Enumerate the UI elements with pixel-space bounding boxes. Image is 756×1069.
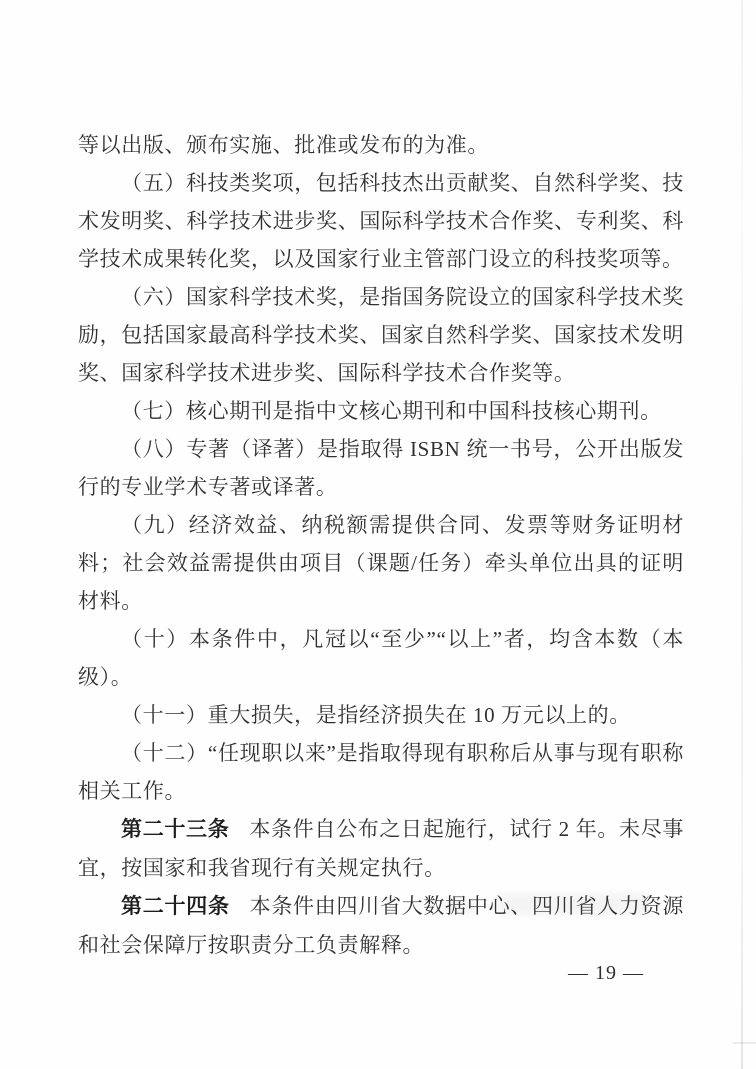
paragraph-item-6: （六）国家科学技术奖，是指国务院设立的国家科学技术奖励，包括国家最高科学技术奖、…: [78, 278, 684, 392]
paragraph-article-24: 第二十四条本条件由四川省大数据中心、四川省人力资源和社会保障厅按职责分工负责解释…: [78, 887, 684, 964]
paragraph-item-7: （七）核心期刊是指中文核心期刊和中国科技核心期刊。: [78, 392, 684, 430]
paragraph-continuation: 等以出版、颁布实施、批准或发布的为准。: [78, 126, 684, 164]
article-24-number: 第二十四条: [121, 895, 230, 918]
paragraph-article-23: 第二十三条本条件自公布之日起施行，试行 2 年。未尽事宜，按国家和我省现行有关规…: [78, 810, 684, 887]
paragraph-item-10: （十）本条件中，凡冠以“至少”“以上”者，均含本数（本级）。: [78, 620, 684, 696]
paragraph-item-11: （十一）重大损失，是指经济损失在 10 万元以上的。: [78, 696, 684, 734]
paragraph-item-9: （九）经济效益、纳税额需提供合同、发票等财务证明材料；社会效益需提供由项目（课题…: [78, 506, 684, 620]
paragraph-item-12: （十二）“任现职以来”是指取得现有职称后从事与现有职称相关工作。: [78, 734, 684, 810]
paragraph-item-5: （五）科技类奖项，包括科技杰出贡献奖、自然科学奖、技术发明奖、科学技术进步奖、国…: [78, 164, 684, 278]
paragraph-item-8: （八）专著（译著）是指取得 ISBN 统一书号，公开出版发行的专业学术专著或译著…: [78, 430, 684, 506]
article-23-number: 第二十三条: [121, 818, 229, 841]
scan-edge-mark: [733, 1042, 756, 1044]
scan-edge-line: [741, 0, 743, 1069]
page-number: — 19 —: [530, 962, 682, 985]
document-page: 等以出版、颁布实施、批准或发布的为准。 （五）科技类奖项，包括科技杰出贡献奖、自…: [0, 0, 756, 1069]
document-body: 等以出版、颁布实施、批准或发布的为准。 （五）科技类奖项，包括科技杰出贡献奖、自…: [78, 126, 684, 964]
